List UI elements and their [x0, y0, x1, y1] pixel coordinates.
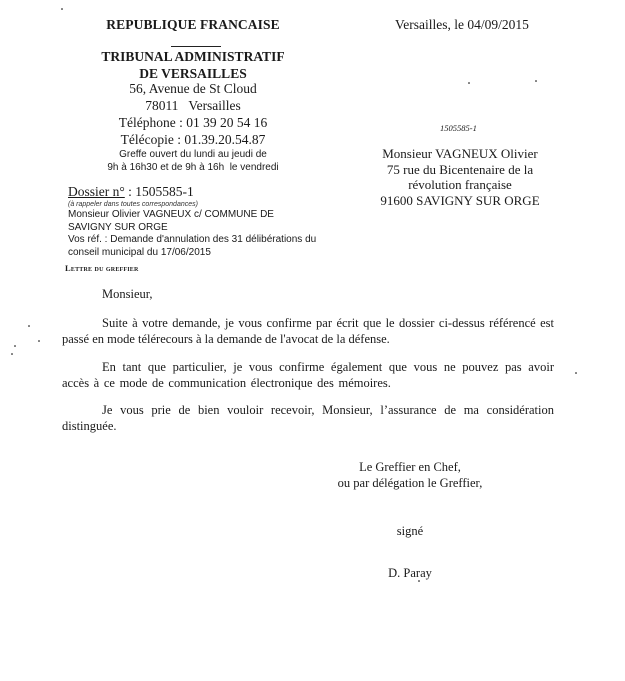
signature-title-line2: ou par délégation le Greffier, — [280, 475, 540, 491]
tribunal-name: TRIBUNAL ADMINISTRATIF DE VERSAILLES — [88, 48, 298, 82]
office-hours-line2: 9h à 16h30 et de 9h à 16h le vendredi — [88, 161, 298, 174]
office-hours: Greffe ouvert du lundi au jeudi de 9h à … — [88, 148, 298, 174]
recipient-address: Monsieur VAGNEUX Olivier 75 rue du Bicen… — [370, 146, 550, 208]
signed-mark: signé — [280, 524, 540, 539]
signature-title-line1: Le Greffier en Chef, — [280, 459, 540, 475]
scan-speck — [11, 353, 13, 355]
scan-speck — [28, 325, 30, 327]
header-divider — [171, 46, 221, 47]
case-parties: Monsieur Olivier VAGNEUX c/ COMMUNE DE S… — [68, 209, 318, 234]
small-reference: 1505585-1 — [440, 123, 477, 133]
dossier-block: Dossier n° : 1505585-1 (à rappeler dans … — [68, 184, 318, 259]
republic-heading: REPUBLIQUE FRANCAISE — [88, 17, 298, 33]
recipient-name: Monsieur VAGNEUX Olivier — [370, 146, 550, 162]
scan-speck — [575, 372, 577, 374]
scan-speck — [468, 82, 470, 84]
dossier-value: : 1505585-1 — [125, 184, 194, 199]
scan-speck — [535, 80, 537, 82]
signer-name: D. Paray — [280, 566, 540, 581]
telephone: Téléphone : 01 39 20 54 16 — [88, 114, 298, 131]
salutation: Monsieur, — [102, 287, 153, 302]
dossier-hint: (à rappeler dans toutes correspondances) — [68, 200, 318, 209]
dossier-label: Dossier n° — [68, 184, 125, 199]
recipient-city: 91600 SAVIGNY SUR ORGE — [370, 193, 550, 209]
scan-speck — [14, 345, 16, 347]
scan-speck — [38, 340, 40, 342]
recipient-street-line1: 75 rue du Bicentenaire de la — [370, 162, 550, 178]
address-city: 78011 Versailles — [88, 97, 298, 114]
dossier-number: Dossier n° : 1505585-1 — [68, 184, 318, 200]
office-hours-line1: Greffe ouvert du lundi au jeudi de — [88, 148, 298, 161]
letter-date: Versailles, le 04/09/2015 — [395, 17, 529, 33]
scan-speck — [61, 8, 63, 10]
recipient-street-line2: révolution française — [370, 177, 550, 193]
tribunal-name-line1: TRIBUNAL ADMINISTRATIF — [88, 48, 298, 65]
letter-type: Lettre du greffier — [65, 263, 139, 273]
tribunal-address: 56, Avenue de St Cloud 78011 Versailles … — [88, 80, 298, 148]
address-street: 56, Avenue de St Cloud — [88, 80, 298, 97]
paragraph-1: Suite à votre demande, je vous confirme … — [62, 315, 554, 347]
paragraph-2: En tant que particulier, je vous confirm… — [62, 359, 554, 391]
telecopie: Télécopie : 01.39.20.54.87 — [88, 131, 298, 148]
paragraph-3: Je vous prie de bien vouloir recevoir, M… — [62, 402, 554, 434]
scan-speck — [418, 580, 420, 582]
signature-title: Le Greffier en Chef, ou par délégation l… — [280, 459, 540, 491]
your-reference: Vos réf. : Demande d'annulation des 31 d… — [68, 234, 318, 259]
